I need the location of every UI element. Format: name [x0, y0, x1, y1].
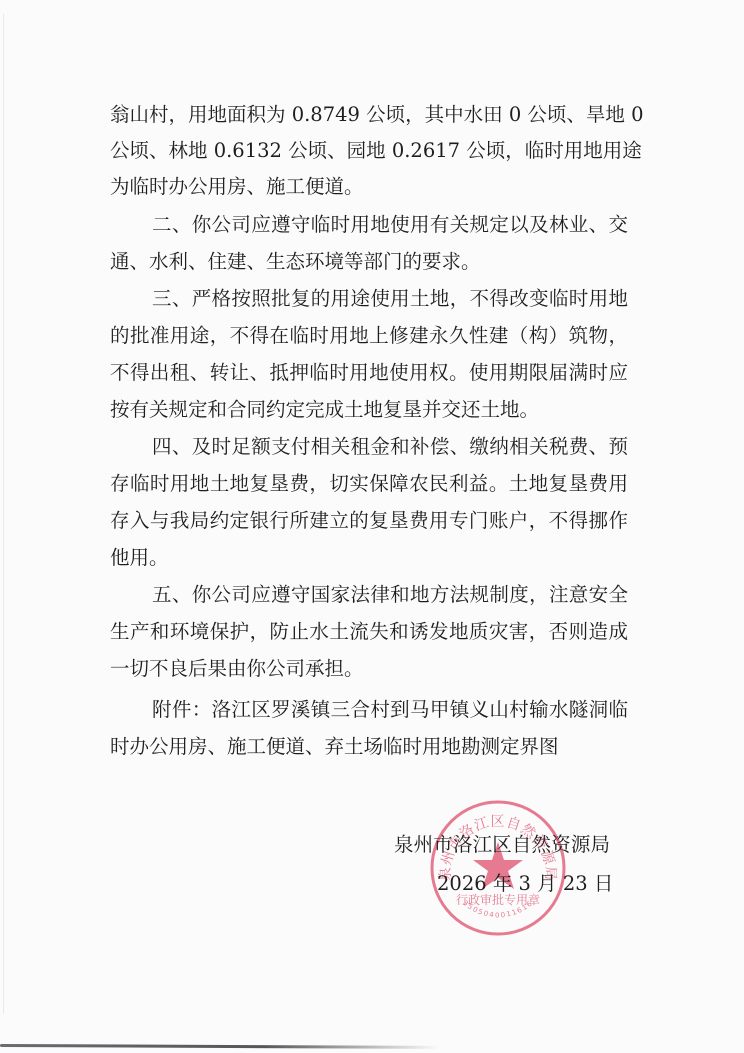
paragraph-3-line: 三、严格按照批复的用途使用土地，不得改变临时用地 [152, 286, 628, 312]
paragraph-3-line: 不得出租、转让、抵押临时用地使用权。使用期限届满时应 [110, 360, 628, 386]
paragraph-4-line: 存入与我局约定银行所建立的复垦费用专门账户，不得挪作 [110, 508, 628, 534]
issuer-name: 泉州市洛江区自然资源局 [394, 832, 610, 858]
body-line: 为临时办公用房、施工便道。 [110, 174, 628, 200]
scan-artifact-line [0, 1044, 440, 1049]
paragraph-5-line: 一切不良后果由你公司承担。 [110, 656, 628, 682]
scan-edge [3, 14, 4, 1014]
paragraph-3-line: 按有关规定和合同约定完成土地复垦并交还土地。 [110, 397, 628, 423]
paragraph-4-line: 他用。 [110, 545, 628, 571]
attachment-line-2: 时办公用房、施工便道、弃土场临时用地勘测定界图 [110, 734, 580, 760]
paragraph-5-line: 五、你公司应遵守国家法律和地方法规制度，注意安全 [152, 582, 628, 608]
body-line: 公顷、林地 0.6132 公顷、园地 0.2617 公顷，临时用地用途 [110, 138, 628, 164]
document-page: 翁山村，用地面积为 0.8749 公顷，其中水田 0 公顷、旱地 0 公顷、林地… [0, 0, 744, 1053]
official-seal-icon: 泉州市洛江区自然资源局 行政审批专用章 3505040011616 [428, 798, 568, 938]
paragraph-4-line: 四、及时足额支付相关租金和补偿、缴纳相关税费、预 [152, 434, 628, 460]
paragraph-4-line: 存临时用地土地复垦费，切实保障农民利益。土地复垦费用 [110, 471, 628, 497]
paragraph-2-line: 二、你公司应遵守临时用地使用有关规定以及林业、交 [152, 212, 628, 238]
body-line: 翁山村，用地面积为 0.8749 公顷，其中水田 0 公顷、旱地 0 [110, 102, 628, 128]
issue-date: 2026 年 3 月 23 日 [437, 871, 591, 897]
paragraph-2-line: 通、水利、住建、生态环境等部门的要求。 [110, 249, 628, 275]
attachment-line-1: 附件：洛江区罗溪镇三合村到马甲镇义山村输水隧洞临 [152, 697, 628, 723]
paragraph-5-line: 生产和环境保护，防止水土流失和诱发地质灾害，否则造成 [110, 619, 628, 645]
paragraph-3-line: 的批准用途，不得在临时用地上修建永久性建（构）筑物， [110, 323, 628, 349]
